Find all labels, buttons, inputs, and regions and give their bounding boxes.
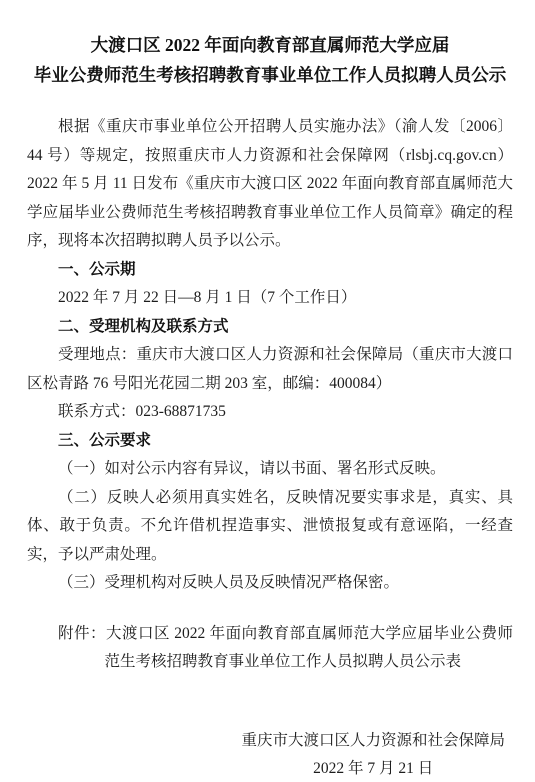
intro-paragraph: 根据《重庆市事业单位公开招聘人员实施办法》（渝人发〔2006〕44 号）等规定，… xyxy=(27,113,513,256)
section-heading-1: 一、公示期 xyxy=(27,256,513,285)
section-3-paragraph-3: （三）受理机构对反映人员及反映情况严格保密。 xyxy=(27,569,513,598)
section-2-paragraph-phone: 联系方式：023-68871735 xyxy=(27,398,513,427)
attachment-label: 附件： xyxy=(58,625,106,642)
attachment-text: 大渡口区 2022 年面向教育部直属师范大学应届毕业公费师范生考核招聘教育事业单… xyxy=(105,625,514,671)
document-title-line1: 大渡口区 2022 年面向教育部直属师范大学应届 xyxy=(91,35,450,55)
attachment-note: 附件：大渡口区 2022 年面向教育部直属师范大学应届毕业公费师范生考核招聘教育… xyxy=(27,620,513,677)
document-page: 大渡口区 2022 年面向教育部直属师范大学应届 毕业公费师范生考核招聘教育事业… xyxy=(0,0,535,782)
section-heading-3: 三、公示要求 xyxy=(27,427,513,456)
document-title: 大渡口区 2022 年面向教育部直属师范大学应届 毕业公费师范生考核招聘教育事业… xyxy=(27,30,513,90)
signature-organization: 重庆市大渡口区人力资源和社会保障局 xyxy=(241,727,505,756)
signature-date: 2022 年 7 月 21 日 xyxy=(241,755,505,782)
document-title-line2: 毕业公费师范生考核招聘教育事业单位工作人员拟聘人员公示 xyxy=(34,65,507,85)
section-3-paragraph-1: （一）如对公示内容有异议，请以书面、署名形式反映。 xyxy=(27,455,513,484)
section-3-paragraph-2: （二）反映人必须用真实姓名，反映情况要实事求是，真实、具体、敢于负责。不允许借机… xyxy=(27,484,513,570)
signature-block: 重庆市大渡口区人力资源和社会保障局 2022 年 7 月 21 日 xyxy=(241,727,505,782)
section-heading-2: 二、受理机构及联系方式 xyxy=(27,313,513,342)
section-2-paragraph-address: 受理地点：重庆市大渡口区人力资源和社会保障局（重庆市大渡口区松青路 76 号阳光… xyxy=(27,341,513,398)
section-1-paragraph: 2022 年 7 月 22 日—8 月 1 日（7 个工作日） xyxy=(27,284,513,313)
